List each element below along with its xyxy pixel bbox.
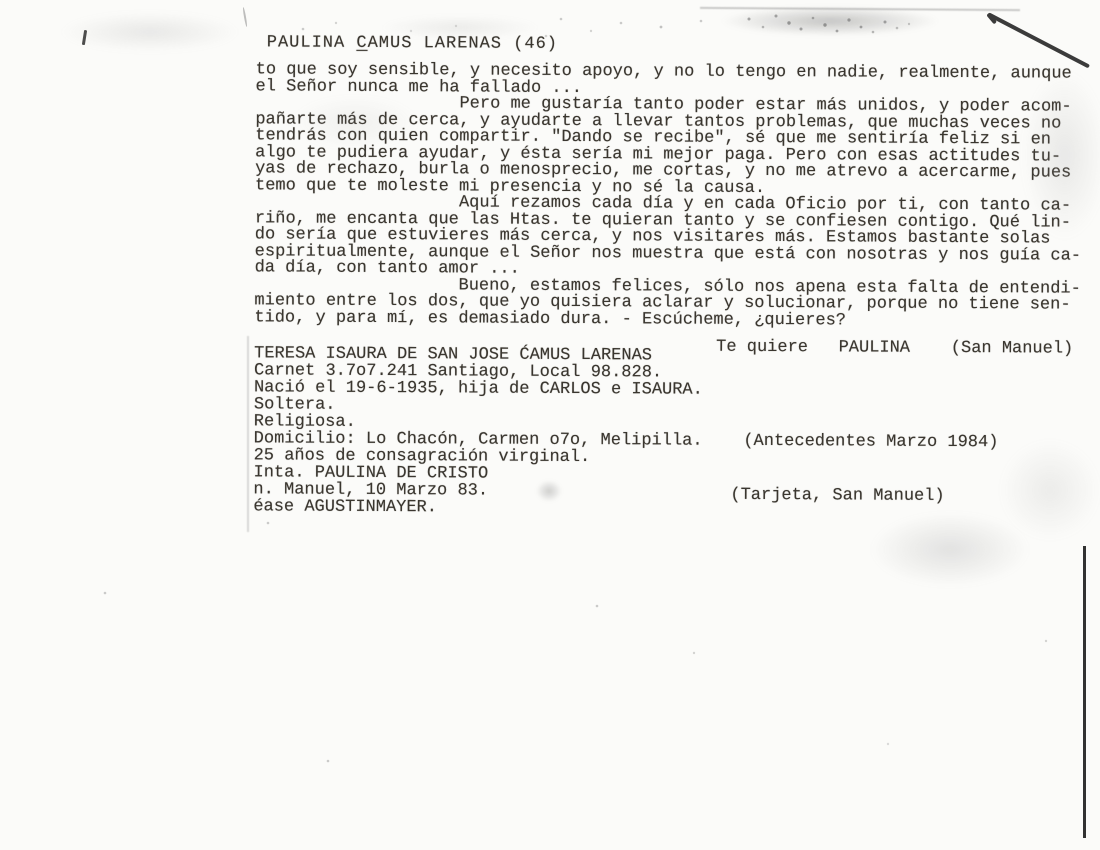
letter-body: to que soy sensible, y necesito apoyo, y… bbox=[254, 62, 1082, 330]
text-line: Nació el 19-6-1935, hija de CARLOS e ISA… bbox=[254, 379, 999, 400]
page-title-pre: PAULINA bbox=[267, 33, 357, 52]
typewritten-content: PAULINA CAMUS LARENAS (46) to que soy se… bbox=[0, 0, 1100, 850]
page-title-underlined-char: C bbox=[356, 34, 367, 53]
scanned-page: PAULINA CAMUS LARENAS (46) to que soy se… bbox=[0, 0, 1100, 850]
tarjeta-note: (Tarjeta, San Manuel) bbox=[730, 486, 944, 506]
page-title: PAULINA CAMUS LARENAS (46) bbox=[267, 33, 558, 54]
page-title-rest: AMUS LARENAS (46) bbox=[368, 34, 559, 54]
